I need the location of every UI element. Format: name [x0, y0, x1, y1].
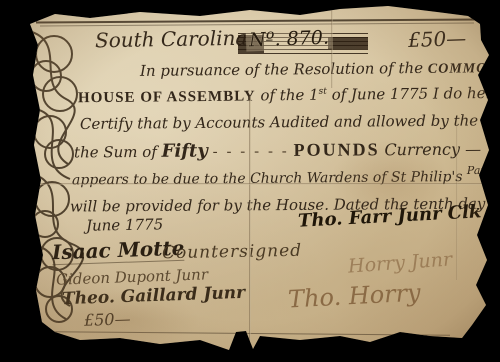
denomination-top: £50—: [408, 26, 467, 52]
ruled-fill-right: [328, 37, 368, 49]
date-line: June 1775: [86, 215, 163, 234]
colony-title: South Carolina: [95, 26, 248, 53]
top-border-rule-inner: [40, 22, 474, 26]
photo-of-colonial-note: South Carolina Nº. 870. £50— In pursuanc…: [0, 0, 500, 362]
payee-text: appears to be due to the Church Wardens …: [72, 169, 463, 188]
line-payee: appears to be due to the Church Wardens …: [72, 168, 500, 189]
house-word: House: [483, 113, 500, 129]
sum-dots: - - - - - -: [213, 142, 289, 161]
serial-number: Nº. 870.: [246, 27, 333, 52]
currency-word: Currency —: [384, 140, 481, 160]
sum-pre: the Sum of: [74, 143, 157, 162]
center-fold-crease: [249, 96, 251, 350]
assembly-sup: st: [319, 87, 327, 97]
top-border-rule: [36, 18, 478, 23]
note-paper: South Carolina Nº. 870. £50— In pursuanc…: [0, 0, 500, 362]
bottom-border-rule: [50, 331, 450, 335]
line-pursuance: In pursuance of the Resolution of the CO…: [140, 58, 500, 81]
certify-text: Certify that by Accounts Audited and all…: [80, 111, 478, 132]
assembly-rest: of June 1775 I do hereby: [327, 84, 500, 104]
countersigned-label: Countersigned: [162, 241, 302, 263]
line-sum: the Sum of Fifty - - - - - - POUNDS Curr…: [74, 139, 481, 163]
pounds-word: POUNDS: [294, 139, 380, 160]
house-of-assembly: HOUSE OF ASSEMBLY: [78, 88, 256, 106]
signature-faint: Horry Junr: [347, 248, 452, 277]
commons-word: COMMONS: [428, 61, 500, 77]
pursuance-text: In pursuance of the Resolution of the: [140, 59, 423, 80]
signature-bottom-right: Tho. Horry: [287, 279, 421, 314]
denomination-bottom: £50—: [84, 309, 131, 330]
line-certify: Certify that by Accounts Audited and all…: [80, 111, 500, 134]
line-assembly: HOUSE OF ASSEMBLY of the 1st of June 177…: [78, 84, 500, 108]
parish-superscript: Parish: [467, 164, 500, 177]
assembly-rest-pre: of the 1: [260, 86, 318, 105]
sum-value: Fifty: [162, 140, 208, 161]
